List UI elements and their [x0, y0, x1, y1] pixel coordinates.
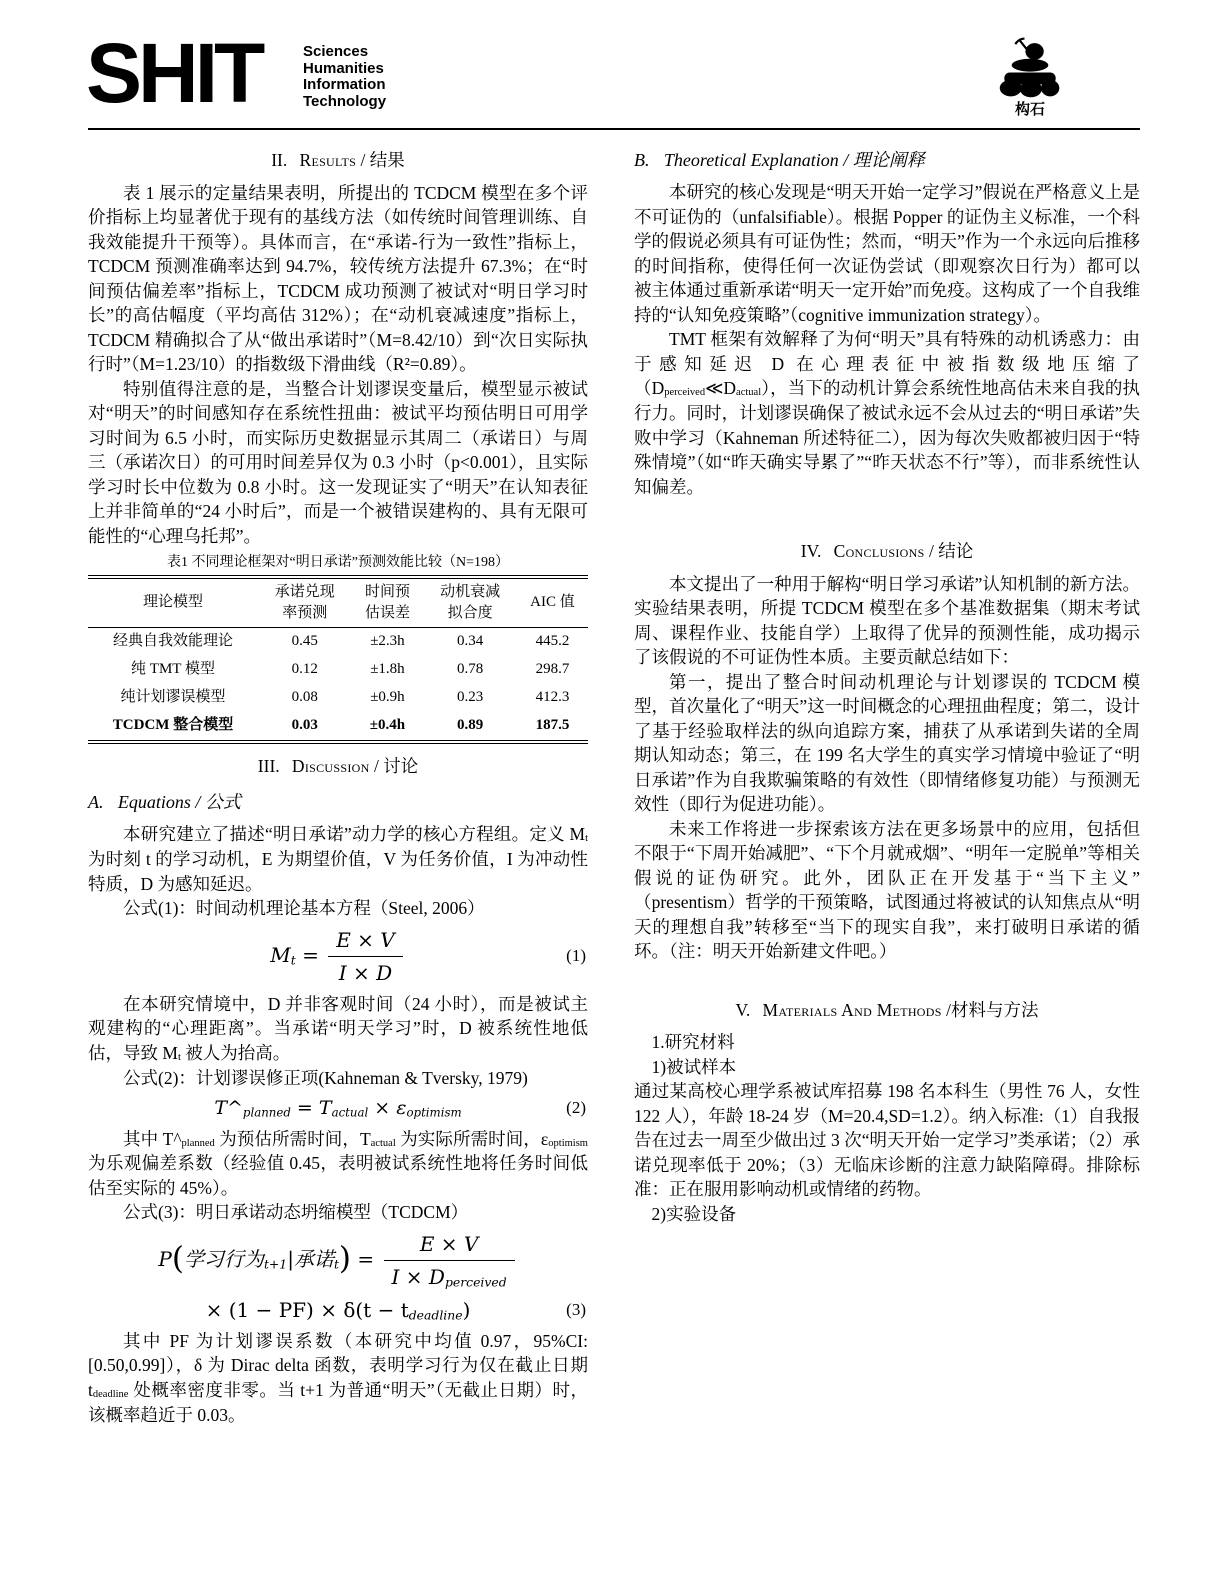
eq2-equals: = [291, 1097, 319, 1119]
equation-3-line-1: P(学习行为t+1|承诺t) = E × VI × Dperceived [88, 1230, 588, 1291]
conclusions-section-heading: IV.Conclusions / 结论 [634, 539, 1140, 564]
subscript: optimism [548, 1138, 588, 1149]
section-number: II. [271, 150, 287, 170]
eq3-bar: | [287, 1247, 294, 1271]
equation-1-label: 公式(1)：时间动机理论基本方程（Steel, 2006） [88, 896, 588, 921]
eq1-numerator: E × V [328, 926, 403, 957]
subscript: planned [182, 1138, 215, 1149]
equation-2-label: 公式(2)：计划谬误修正项(Kahneman & Tversky, 1979) [88, 1066, 588, 1091]
table-cell: 412.3 [517, 684, 588, 712]
column-header-aic: AIC 值 [517, 577, 588, 628]
subsection-letter: A. [88, 792, 104, 812]
column-header-model: 理论模型 [88, 577, 258, 628]
eq3-line2-subscript: deadline [409, 1308, 463, 1323]
equation-1: Mt = E × VI × D (1) [88, 926, 588, 987]
table-cell: 298.7 [517, 656, 588, 684]
eq3-equals: = [351, 1247, 380, 1271]
logo-word-sciences: Sciences [303, 44, 386, 61]
text-segment: 为预估所需时间，T [215, 1129, 371, 1149]
theory-paragraph-2: TMT 框架有效解释了为何“明天”具有特殊的动机诱惑力：由于感知延迟 D 在心理… [634, 327, 1140, 499]
table-row: 纯计划谬误模型 0.08 ±0.9h 0.23 412.3 [88, 684, 588, 712]
eq3-argument: 承诺 [294, 1247, 334, 1271]
discussion-paragraph-1: 本研究建立了描述“明日承诺”动力学的核心方程组。定义 Mt 为时刻 t 的学习动… [88, 822, 588, 896]
table-cell: 0.12 [258, 656, 352, 684]
eq2-term: T^ [214, 1097, 243, 1119]
equations-subheading: A.Equations / 公式 [88, 790, 588, 815]
eq1-fraction: E × VI × D [328, 926, 403, 987]
column-header-fit: 动机衰减 拟合度 [423, 577, 517, 628]
table-row: 纯 TMT 模型 0.12 ±1.8h 0.78 298.7 [88, 656, 588, 684]
stone-pile-icon [997, 36, 1063, 98]
column-header-error: 时间预 估误差 [352, 577, 424, 628]
eq2-term: ε [396, 1097, 406, 1119]
subsection-title: Equations [118, 792, 191, 812]
table-cell: 0.78 [423, 656, 517, 684]
eq3-probability: P [158, 1247, 171, 1271]
equation-3-number: (3) [566, 1298, 586, 1322]
eq3-numerator: E × V [384, 1230, 515, 1261]
conclusions-paragraph-1: 本文提出了一种用于解构“明日学习承诺”认知机制的新方法。实验结果表明，所提 TC… [634, 572, 1140, 670]
section-title: Materials And Methods [763, 1000, 942, 1020]
table-cell: 纯 TMT 模型 [88, 656, 258, 684]
methods-item-materials: 1.研究材料 [634, 1030, 1140, 1055]
text-segment: 为乐观偏差系数（经验值 0.45，表明被试系统性地将任务时间低估至实际的 45%… [88, 1153, 588, 1198]
equation-2: T^planned = Tactual × εoptimism (2) [88, 1095, 588, 1122]
table-cell: 445.2 [517, 627, 588, 656]
eq3-right-paren: ) [339, 1241, 351, 1277]
table-cell: 0.08 [258, 684, 352, 712]
table-row-tcdcm: TCDCM 整合模型 0.03 ±0.4h 0.89 187.5 [88, 712, 588, 742]
left-column: II.Results / 结果 表 1 展示的定量结果表明，所提出的 TCDCM… [88, 142, 588, 1427]
section-title-cn: / 结果 [356, 150, 405, 170]
table-cell: 0.23 [423, 684, 517, 712]
subscript: perceived [664, 387, 705, 398]
eq3-denominator-main: I × D [392, 1265, 445, 1289]
text-segment: 为实际所需时间，ε [396, 1129, 549, 1149]
text-segment: 为时刻 t 的学习动机，E 为期望价值，V 为任务价值，I 为冲动性特质，D 为… [88, 849, 588, 894]
subsection-title-cn: / 理论阐释 [839, 150, 925, 170]
section-title-cn: / 结论 [925, 541, 974, 561]
right-column: B.Theoretical Explanation / 理论阐释 本研究的核心发… [634, 142, 1140, 1226]
table-cell: 187.5 [517, 712, 588, 742]
equation-1-number: (1) [566, 944, 586, 968]
section-number: III. [258, 756, 280, 776]
table-cell: 0.34 [423, 627, 517, 656]
equation-3-label: 公式(3)：明日承诺动态坍缩模型（TCDCM） [88, 1200, 588, 1225]
section-title: Conclusions [834, 541, 925, 561]
results-paragraph-1: 表 1 展示的定量结果表明，所提出的 TCDCM 模型在多个评价指标上均显著优于… [88, 181, 588, 377]
eq3-denominator-subscript: perceived [445, 1275, 507, 1290]
section-title-cn: /材料与方法 [942, 1000, 1039, 1020]
table-cell: 经典自我效能理论 [88, 627, 258, 656]
paper-page: SHIT Sciences Humanities Information Tec… [0, 0, 1224, 1584]
table-cell: ±2.3h [352, 627, 424, 656]
discussion-section-heading: III.Discussion / 讨论 [88, 754, 588, 779]
conclusions-paragraph-2: 第一，提出了整合时间动机理论与计划谬误的 TCDCM 模型，首次量化了“明天”这… [634, 670, 1140, 817]
discussion-paragraph-2: 在本研究情境中，D 并非客观时间（24 小时），而是被试主观建构的“心理距离”。… [88, 992, 588, 1066]
eq2-subscript: planned [243, 1105, 291, 1119]
header-divider [88, 128, 1140, 130]
theory-paragraph-1: 本研究的核心发现是“明天开始一定学习”假说在严格意义上是不可证伪的（unfals… [634, 180, 1140, 327]
table-header-row: 理论模型 承诺兑现 率预测 时间预 估误差 动机衰减 拟合度 AIC 值 [88, 577, 588, 628]
eq1-lhs: M [270, 943, 290, 967]
subsection-title-cn: / 公式 [191, 792, 241, 812]
logo-word-humanities: Humanities [303, 61, 386, 78]
eq3-line2-close: ) [463, 1298, 471, 1322]
eq3-left-paren: ( [172, 1241, 184, 1277]
eq3-line2-text: × (1 − PF) × δ(t − t [206, 1298, 409, 1322]
text-segment: 在本研究情境中，D 并非客观时间（24 小时），而是被试主观建构的“心理距离”。… [88, 994, 588, 1063]
equation-2-number: (2) [566, 1096, 586, 1120]
eq2-subscript: optimism [406, 1105, 461, 1119]
eq2-times: × [368, 1097, 396, 1119]
eq2-subscript: actual [332, 1105, 369, 1119]
methods-section-heading: V.Materials And Methods /材料与方法 [634, 998, 1140, 1023]
table-cell: ±1.8h [352, 656, 424, 684]
eq3-argument: 学习行为 [184, 1247, 264, 1271]
section-number: V. [736, 1000, 751, 1020]
section-number: IV. [801, 541, 822, 561]
eq3-subscript: t+1 [264, 1257, 287, 1272]
table-cell: 0.89 [423, 712, 517, 742]
section-title: Discussion [292, 756, 370, 776]
table-cell: 0.45 [258, 627, 352, 656]
table-row: 经典自我效能理论 0.45 ±2.3h 0.34 445.2 [88, 627, 588, 656]
table-cell: TCDCM 整合模型 [88, 712, 258, 742]
subscript: t [585, 833, 588, 844]
table-cell: 0.03 [258, 712, 352, 742]
section-title: Results [299, 150, 356, 170]
eq3-fraction: E × VI × Dperceived [384, 1230, 515, 1291]
column-header-rate: 承诺兑现 率预测 [258, 577, 352, 628]
methods-item-equipment: 2)实验设备 [634, 1202, 1140, 1227]
subsection-title: Theoretical Explanation [664, 150, 839, 170]
results-table: 理论模型 承诺兑现 率预测 时间预 估误差 动机衰减 拟合度 AIC 值 经典自… [88, 575, 588, 744]
eq2-term: T [319, 1097, 332, 1119]
results-section-heading: II.Results / 结果 [88, 148, 588, 173]
section-title-cn: / 讨论 [370, 756, 419, 776]
journal-logo-acronym: SHIT [86, 34, 261, 112]
table-cell: ±0.9h [352, 684, 424, 712]
logo-word-technology: Technology [303, 94, 386, 111]
text-segment: 本研究建立了描述“明日承诺”动力学的核心方程组。定义 M [123, 824, 585, 844]
subscript: actual [371, 1138, 396, 1149]
journal-logo-words: Sciences Humanities Information Technolo… [303, 44, 386, 110]
methods-paragraph-sample: 通过某高校心理学系被试库招募 198 名本科生（男性 76 人，女性 122 人… [634, 1079, 1140, 1202]
equation-3-line-2: × (1 − PF) × δ(t − tdeadline) (3) [88, 1296, 588, 1324]
publisher-logo: 构石 [986, 36, 1074, 119]
theory-subheading: B.Theoretical Explanation / 理论阐释 [634, 148, 1140, 173]
eq1-equals: = [296, 943, 325, 967]
discussion-paragraph-3: 其中 T^planned 为预估所需时间，Tactual 为实际所需时间，εop… [88, 1127, 588, 1201]
text-segment: ≪D [705, 378, 736, 398]
results-paragraph-2: 特别值得注意的是，当整合计划谬误变量后，模型显示被试对“明天”的时间感知存在系统… [88, 377, 588, 549]
eq1-denominator: I × D [328, 957, 403, 987]
logo-word-information: Information [303, 77, 386, 94]
subsection-letter: B. [634, 150, 650, 170]
eq3-denominator: I × Dperceived [384, 1261, 515, 1291]
publisher-name: 构石 [986, 98, 1074, 119]
text-segment: 处概率密度非零。当 t+1 为普通“明天”（无截止日期）时，该概率趋近于 0.0… [88, 1380, 588, 1425]
conclusions-paragraph-3: 未来工作将进一步探索该方法在更多场景中的应用，包括但不限于“下周开始减肥”、“下… [634, 817, 1140, 964]
discussion-paragraph-4: 其中 PF 为计划谬误系数（本研究中均值 0.97，95%CI:[0.50,0.… [88, 1329, 588, 1427]
subscript: deadline [93, 1389, 129, 1400]
subscript: actual [736, 387, 761, 398]
text-segment: 其中 T^ [123, 1129, 182, 1149]
table-cell: 纯计划谬误模型 [88, 684, 258, 712]
methods-item-sample: 1)被试样本 [634, 1055, 1140, 1080]
table-cell: ±0.4h [352, 712, 424, 742]
table-caption: 表1 不同理论框架对“明日承诺”预测效能比较（N=198） [88, 553, 588, 573]
text-segment: 被人为抬高。 [181, 1043, 290, 1063]
